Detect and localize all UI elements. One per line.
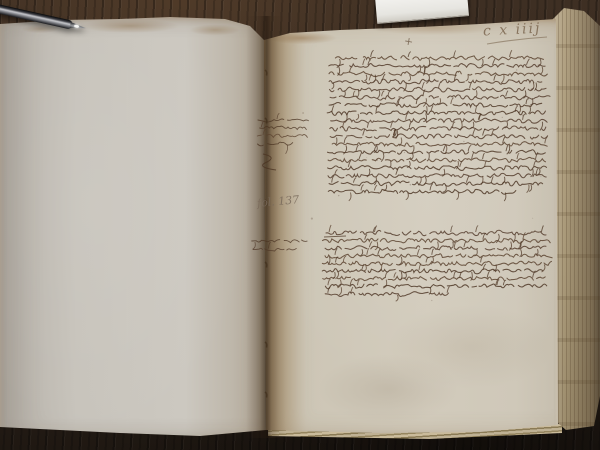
- pen-tip-gleam: [74, 24, 80, 28]
- folio-number: c x iiij: [483, 20, 542, 39]
- manuscript-photo: + c x iiij fol. 137: [0, 0, 600, 450]
- right-page: [264, 16, 560, 440]
- left-page: [0, 14, 272, 442]
